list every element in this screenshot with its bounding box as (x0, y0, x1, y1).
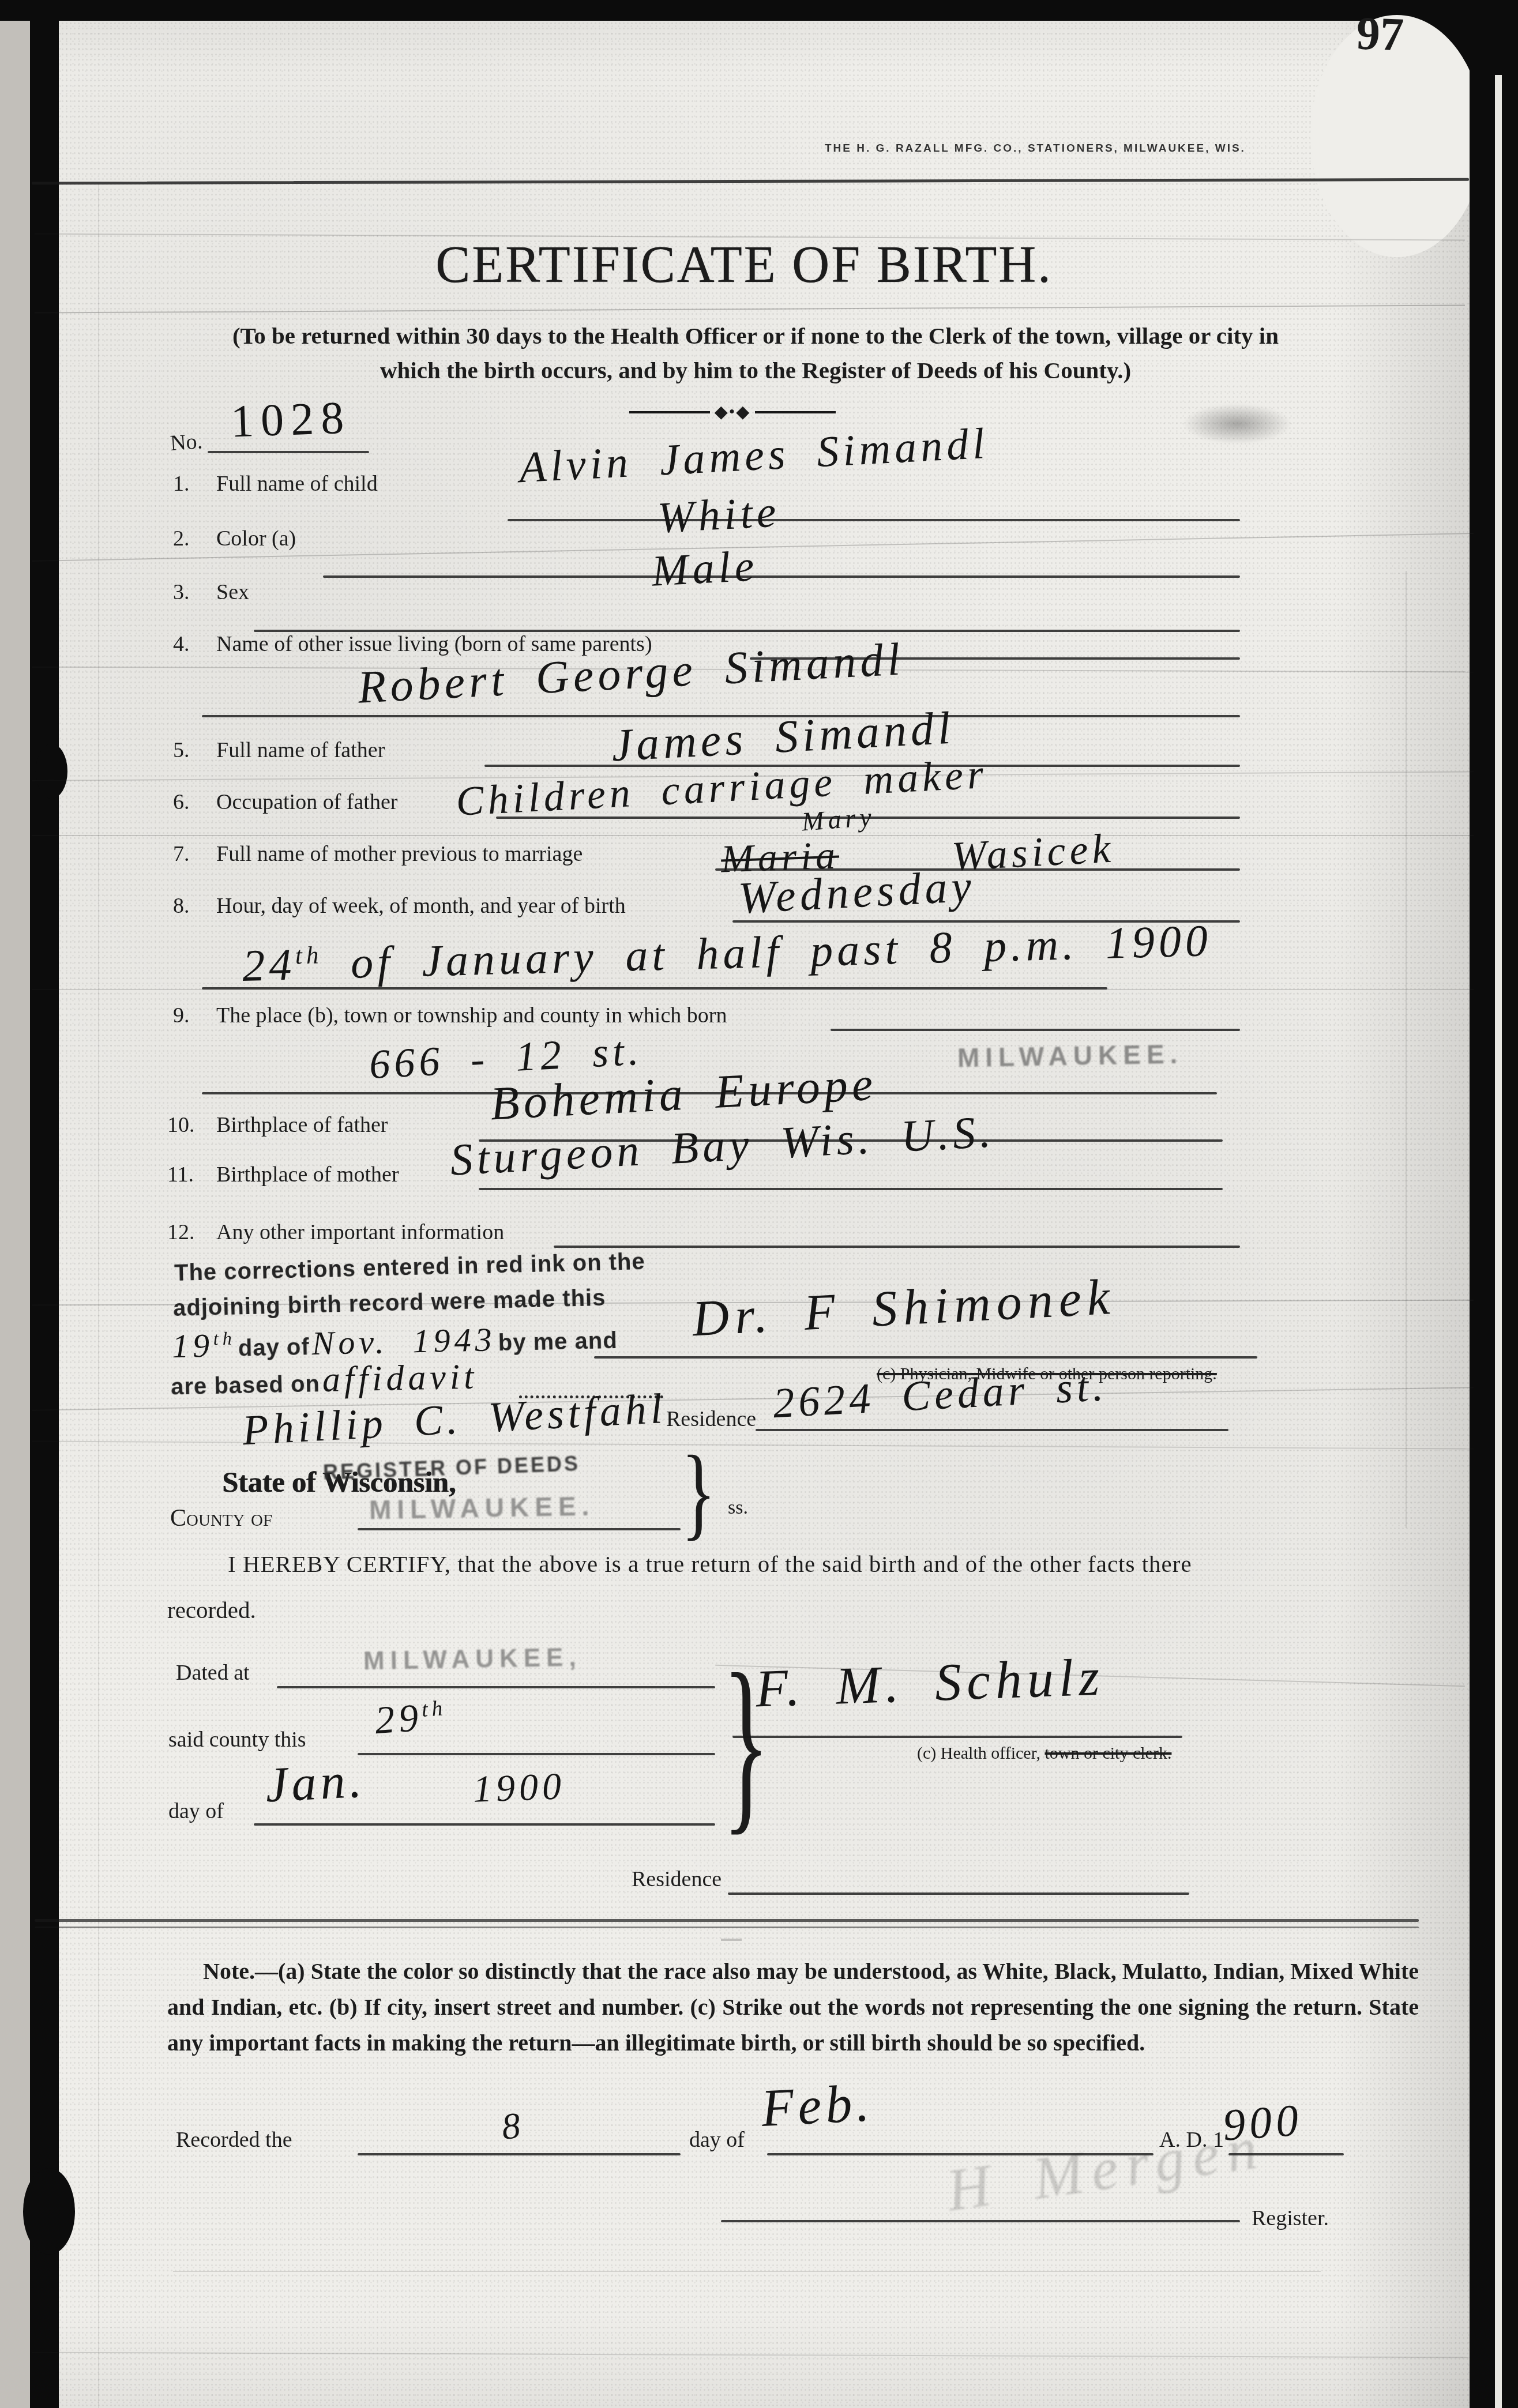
faint-stamp-smudge (1182, 404, 1292, 444)
register-of-deeds-stamp: REGISTER OF DEEDS (323, 1453, 581, 1483)
county-rule (358, 1528, 681, 1530)
ledger-vertical-line (1406, 571, 1407, 1528)
corrections-day-of: day of (238, 1334, 310, 1361)
corrections-stamp-line3: 19th day of Nov. 1943 by me and (171, 1320, 618, 1363)
field-3-label: Sex (216, 581, 249, 603)
binding-stripe-2 (1502, 0, 1518, 2408)
ornament-divider: ◆•◆ (608, 404, 856, 421)
double-rule-top (35, 1919, 1419, 1922)
certify-statement-line2: recorded. (167, 1598, 256, 1622)
field-1-value: Alvin James Simandl (518, 422, 990, 490)
left-scan-margin (0, 0, 30, 2408)
certify-statement-line1: I HEREBY CERTIFY, that the above is a tr… (228, 1552, 1192, 1576)
reporter-residence-label: Residence (666, 1408, 756, 1430)
left-edge-blotch-2 (36, 744, 67, 799)
ss-label: ss. (728, 1498, 748, 1518)
ornament-diamonds: ◆•◆ (715, 404, 751, 421)
day-of-label: day of (168, 1800, 224, 1822)
birth-day-number: 24 (242, 939, 296, 991)
tiny-ornament-tick (721, 1939, 742, 1941)
field-7-label: Full name of mother previous to marriage (216, 843, 583, 865)
field-8-value-rule (202, 987, 1107, 989)
recorded-label: Recorded the (176, 2129, 292, 2151)
certificate-number-label: No. (170, 430, 203, 454)
field-12-rule (554, 1246, 1240, 1248)
field-9-number: 9. (173, 1004, 190, 1026)
health-officer-rule (732, 1736, 1182, 1738)
return-instructions-line2: which the birth occurs, and by him to th… (156, 359, 1355, 382)
reporter-residence-rule (756, 1429, 1228, 1431)
field-3-number: 3. (173, 581, 190, 603)
register-signature-rule (721, 2220, 1240, 2222)
field-10-number: 10. (167, 1114, 195, 1136)
field-7-number: 7. (173, 843, 190, 865)
ornament-line (629, 411, 710, 413)
header-rule (32, 178, 1469, 185)
field-5-label: Full name of father (216, 739, 385, 761)
recorded-day: 8 (500, 2106, 526, 2146)
ss-brace: } (681, 1440, 716, 1544)
field-8-number: 8. (173, 895, 190, 917)
top-scan-edge (0, 0, 1518, 21)
field-7-correction: Mary (801, 804, 877, 836)
certificate-number: 1028 (230, 394, 352, 445)
reporter-residence-value: 2624 Cedar st. (772, 1365, 1108, 1425)
field-6-number: 6. (173, 791, 190, 813)
scanned-certificate-page: 97 THE H. G. RAZALL MFG. CO., STATIONERS… (0, 0, 1518, 2408)
health-officer-note: (c) Health officer, town or city clerk. (917, 1745, 1171, 1762)
corrections-stamp-line4: are based on affidavit (170, 1359, 478, 1401)
field-5-number: 5. (173, 739, 190, 761)
corrections-basis: affidavit (322, 1357, 478, 1399)
field-9-rule (831, 1029, 1240, 1031)
page-number: 97 (1356, 10, 1405, 59)
recorded-day-of-label: day of (689, 2129, 745, 2151)
scan-line (32, 2352, 1468, 2358)
field-4-number: 4. (173, 633, 190, 655)
dated-month: Jan. (264, 1755, 367, 1810)
field-10-label: Birthplace of father (216, 1114, 388, 1136)
corrections-stamp-line1: The corrections entered in red ink on th… (174, 1250, 645, 1285)
dated-city-stamp: MILWAUKEE, (363, 1645, 582, 1675)
health-officer-note-kept: (c) Health officer, (917, 1744, 1040, 1763)
birth-datetime-rest: of January at half past 8 p.m. 1900 (350, 915, 1212, 988)
reporter-signature-rule (594, 1356, 1257, 1359)
return-instructions-line1: (To be returned within 30 days to the He… (156, 324, 1355, 348)
day-of-rule (254, 1823, 715, 1826)
field-8-datetime: 24th of January at half past 8 p.m. 1900 (242, 918, 1212, 988)
field-11-label: Birthplace of mother (216, 1164, 399, 1186)
binding-stripe-1 (1470, 0, 1495, 2408)
recorded-day-rule (358, 2153, 681, 2155)
field-2-rule (323, 575, 1240, 578)
field-2-label: Color (a) (216, 528, 296, 550)
corrections-by-me: by me and (498, 1328, 618, 1356)
said-county-rule (358, 1753, 715, 1755)
field-6-label: Occupation of father (216, 791, 397, 813)
dated-at-rule (277, 1686, 715, 1688)
health-officer-signature: F. M. Schulz (755, 1650, 1106, 1715)
field-3-value: Male (651, 544, 759, 593)
certificate-title: CERTIFICATE OF BIRTH. (369, 239, 1119, 291)
left-page-edge (30, 0, 59, 2408)
double-rule-bottom (35, 1927, 1419, 1928)
ornament-line (755, 411, 836, 413)
county-stamp: MILWAUKEE. (369, 1493, 595, 1523)
reporter-signature: Dr. F Shimonek (691, 1272, 1117, 1345)
ledger-vertical-line-2 (98, 185, 99, 2408)
corrections-stamp-line2: adjoining birth record were made this (173, 1286, 606, 1320)
county-label: County of (170, 1506, 272, 1530)
left-edge-blotch (23, 2168, 75, 2255)
field-2-value: White (656, 490, 781, 540)
corrections-day: 19th (171, 1326, 236, 1365)
field-1-label: Full name of child (216, 473, 378, 495)
field-12-label: Any other important information (216, 1221, 504, 1243)
field-8-value: Wednesday (737, 863, 976, 920)
printer-mark: THE H. G. RAZALL MFG. CO., STATIONERS, M… (825, 143, 1246, 154)
register-signature: H Mergen (943, 2117, 1268, 2221)
note-paragraph: Note.—(a) State the color so distinctly … (167, 1954, 1419, 2061)
health-officer-note-struck: town or city clerk. (1044, 1744, 1171, 1763)
scan-line (173, 2271, 1321, 2272)
dated-year: 1900 (472, 1767, 566, 1809)
dated-at-label: Dated at (176, 1662, 250, 1684)
officer-residence-label: Residence (632, 1868, 722, 1890)
field-1-rule (508, 519, 1240, 521)
register-label: Register. (1252, 2207, 1329, 2229)
corrections-date: Nov. 1943 (311, 1320, 496, 1362)
corrections-based-on: are based on (171, 1371, 321, 1399)
field-9-city-stamp: MILWAUKEE. (957, 1041, 1183, 1071)
birth-day-ordinal: th (295, 942, 323, 969)
said-county-label: said county this (168, 1729, 306, 1751)
field-12-number: 12. (167, 1221, 195, 1243)
field-11-rule (479, 1188, 1223, 1190)
field-2-number: 2. (173, 528, 190, 550)
scan-line (35, 305, 1465, 314)
officer-residence-rule (728, 1892, 1189, 1895)
field-11-number: 11. (167, 1164, 194, 1186)
field-9-label: The place (b), town or township and coun… (216, 1004, 727, 1026)
binding-gap (1495, 75, 1502, 2408)
field-8-label: Hour, day of week, of month, and year of… (216, 895, 626, 917)
field-1-number: 1. (173, 473, 190, 495)
recorded-month: Feb. (760, 2076, 875, 2135)
certificate-number-rule (208, 451, 369, 453)
said-county-day: 29th (374, 1696, 449, 1740)
